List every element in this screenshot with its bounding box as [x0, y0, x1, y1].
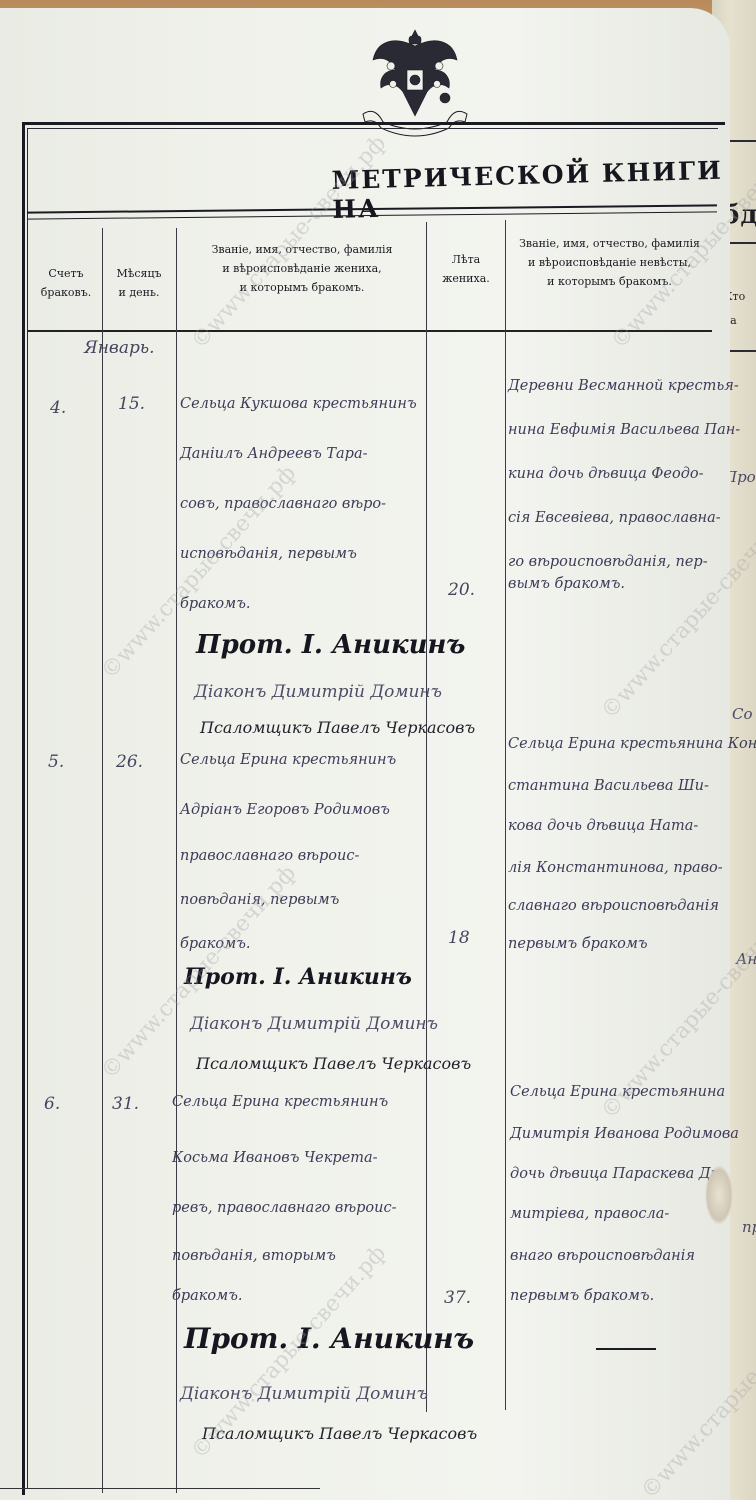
record-day: 26. [116, 752, 143, 772]
header-text: Мѣсяцъ [104, 264, 174, 283]
bride-line: Сельца Ерина крестьянина Кон- [508, 736, 756, 752]
bottom-rule [0, 1488, 320, 1489]
groom-line: православнаго вѣроис- [180, 848, 359, 864]
record-day: 31. [112, 1094, 139, 1114]
bride-line: Сельца Ерина крестьянина [510, 1084, 725, 1100]
header-text: и вѣроисповѣданіе невѣсты, [507, 253, 712, 272]
groom-line: бракомъ. [180, 596, 250, 612]
signature-priest: Прот. І. Аникинъ [184, 1322, 474, 1355]
bride-line: митріева, правосла- [510, 1206, 669, 1222]
facing-handwriting: пр [742, 1218, 756, 1236]
bride-line: нина Евфимія Васильева Пан- [508, 422, 740, 438]
column-header-bride: Званіе, имя, отчество, фамилія и вѣроисп… [507, 234, 712, 291]
signature-dash [596, 1348, 656, 1350]
signature-psalmist: Псаломщикъ Павелъ Черкасовъ [202, 1424, 477, 1443]
groom-line: Сельца Ерина крестьянинъ [180, 752, 396, 768]
groom-line: исповѣданія, первымъ [180, 546, 357, 562]
bride-line: вымъ бракомъ. [508, 576, 625, 592]
bride-line: кова дочь дѣвица Ната- [508, 818, 698, 834]
bride-line: Димитрія Иванова Родимова [510, 1126, 739, 1142]
facing-handwriting: Со [732, 705, 753, 723]
signature-psalmist: Псаломщикъ Павелъ Черкасовъ [200, 718, 475, 737]
record-number: 6. [44, 1094, 60, 1114]
facing-handwriting: Ан [736, 950, 756, 968]
bride-line: сія Евсевіева, православна- [508, 510, 721, 526]
groom-line: Адріанъ Егоровъ Родимовъ [180, 802, 390, 818]
groom-line: повѣданія, вторымъ [172, 1248, 336, 1264]
bride-line: дочь дѣвица Параскева Ди- [510, 1166, 725, 1182]
groom-age: 18 [448, 928, 470, 948]
record-number: 5. [48, 752, 64, 772]
bride-line: лія Константинова, право- [508, 860, 723, 876]
groom-line: ревъ, православнаго вѣроис- [172, 1200, 397, 1216]
column-divider [426, 222, 427, 1412]
bride-line: первымъ бракомъ. [510, 1288, 654, 1304]
groom-line: повѣданія, первымъ [180, 892, 339, 908]
header-text: жениха. [428, 269, 504, 288]
groom-line: совъ, православнаго вѣро- [180, 496, 386, 512]
bride-line: го вѣроисповѣданія, пер- [508, 554, 708, 570]
groom-age: 37. [444, 1288, 471, 1308]
header-text: браковъ. [32, 283, 100, 302]
header-text: и вѣроисповѣданіе жениха, [180, 259, 424, 278]
column-header-month-day: Мѣсяцъ и день. [104, 264, 174, 302]
groom-line: бракомъ. [180, 936, 250, 952]
column-divider [505, 220, 506, 1410]
record-day: 15. [118, 394, 145, 414]
record-number: 4. [50, 398, 66, 418]
bride-line: первымъ бракомъ [508, 936, 648, 952]
signature-priest: Прот. І. Аникинъ [196, 630, 465, 660]
month-label: Январь. [84, 338, 155, 358]
signature-deacon: Діаконъ Димитрій Доминъ [194, 682, 442, 702]
paper-tear [705, 1165, 733, 1225]
groom-line: Сельца Кукшова крестьянинъ [180, 396, 417, 412]
signature-priest: Прот. І. Аникинъ [184, 964, 412, 990]
signature-psalmist: Псаломщикъ Павелъ Черкасовъ [196, 1054, 471, 1073]
column-header-number: Счетъ браковъ. [32, 264, 100, 302]
header-bottom-rule [27, 330, 712, 332]
header-text: Званіе, имя, отчество, фамилія [180, 240, 424, 259]
column-header-groom: Званіе, имя, отчество, фамилія и вѣроисп… [180, 240, 424, 297]
column-divider [102, 228, 103, 1493]
groom-line: бракомъ. [172, 1288, 242, 1304]
bride-line: стантина Васильева Ши- [508, 778, 709, 794]
header-text: Званіе, имя, отчество, фамилія [507, 234, 712, 253]
groom-age: 20. [448, 580, 475, 600]
column-header-groom-age: Лѣта жениха. [428, 250, 504, 288]
signature-deacon: Діаконъ Димитрій Доминъ [180, 1384, 428, 1404]
header-text: и которымъ бракомъ. [507, 272, 712, 291]
bride-line: славнаго вѣроисповѣданія [508, 898, 719, 914]
groom-line: Косьма Ивановъ Чекрета- [172, 1150, 378, 1166]
header-text: и которымъ бракомъ. [180, 278, 424, 297]
signature-deacon: Діаконъ Димитрій Доминъ [190, 1014, 438, 1034]
groom-line: Даніилъ Андреевъ Тара- [180, 446, 368, 462]
bride-line: кина дочь дѣвица Феодо- [508, 466, 704, 482]
header-text: Счетъ [32, 264, 100, 283]
bride-line: Деревни Весманной крестья- [508, 378, 739, 394]
groom-line: Сельца Ерина крестьянинъ [172, 1094, 388, 1110]
bride-line: внаго вѣроисповѣданія [510, 1248, 695, 1264]
header-text: и день. [104, 283, 174, 302]
header-text: Лѣта [428, 250, 504, 269]
